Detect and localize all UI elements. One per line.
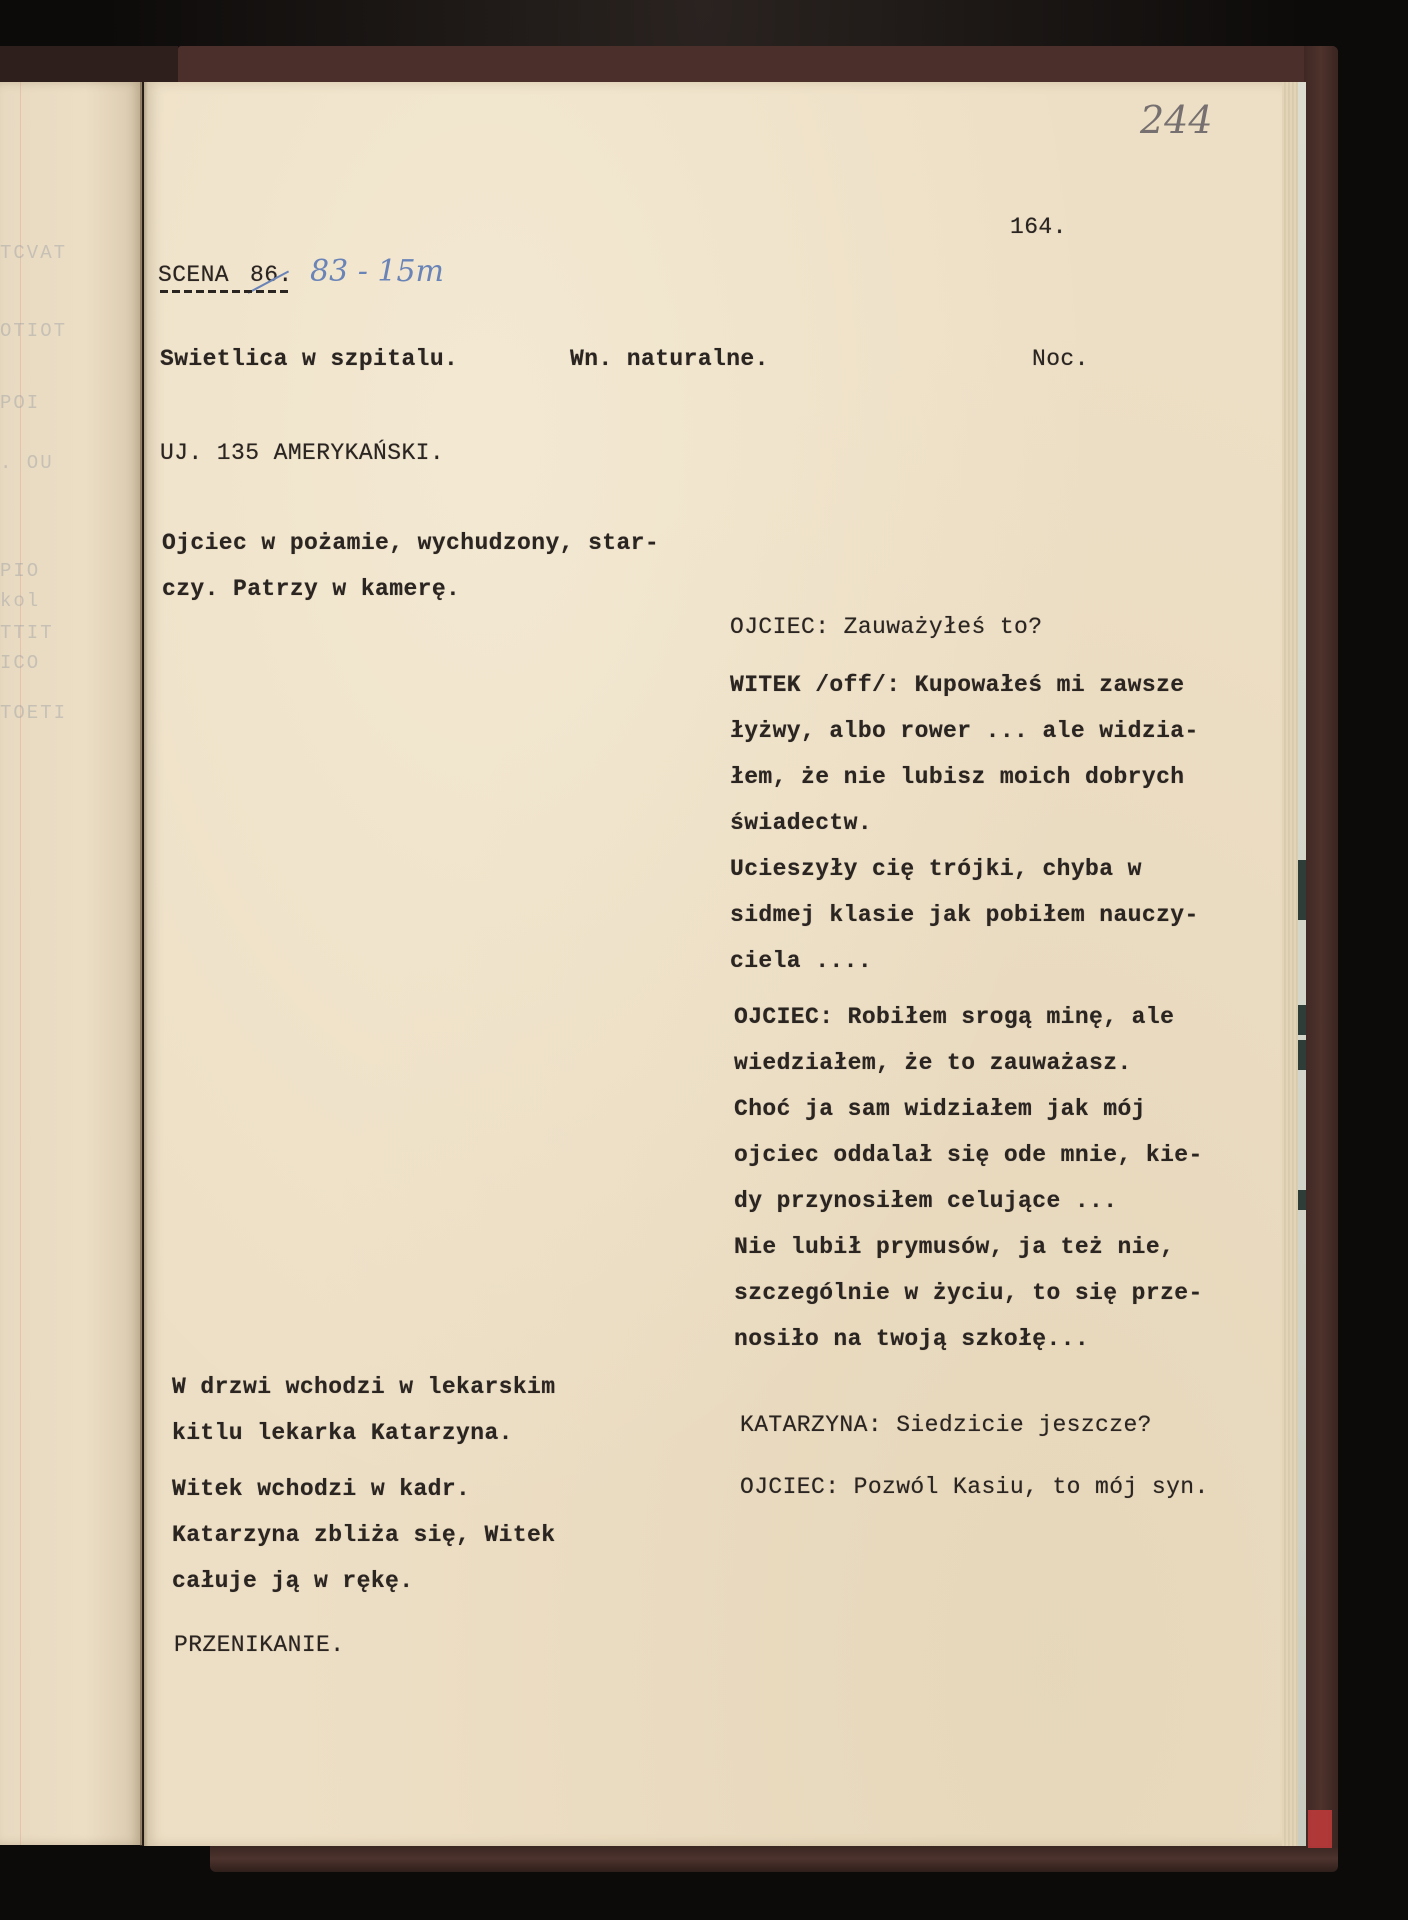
- bleed-through-text: . OU: [0, 452, 54, 474]
- equipment-note: UJ. 135 AMERYKAŃSKI.: [160, 440, 444, 466]
- dialogue-line: ciela ....: [730, 938, 1199, 984]
- binding-top-left: [0, 46, 178, 82]
- action-line: W drzwi wchodzi w lekarskim: [172, 1364, 555, 1410]
- dialogue-line: dy przynosiłem celujące ...: [734, 1178, 1203, 1224]
- action-line: Witek wchodzi w kadr.: [172, 1466, 555, 1512]
- dialogue-line: OJCIEC: Robiłem srogą minę, ale: [734, 994, 1203, 1040]
- action-line: Katarzyna zbliża się, Witek: [172, 1512, 555, 1558]
- action-description-1: Ojciec w pożamie, wychudzony, star- czy.…: [162, 520, 659, 612]
- bleed-through-text: TTIT: [0, 622, 54, 644]
- action-line: Ojciec w pożamie, wychudzony, star-: [162, 520, 659, 566]
- scene-number-handwritten: 83 - 15m: [310, 254, 444, 289]
- margin-line: [20, 82, 21, 1845]
- previous-page: TCVAT OTIOT POI . OU PIO kol TTIT ICO TO…: [0, 82, 142, 1845]
- action-description-2: W drzwi wchodzi w lekarskim kitlu lekark…: [172, 1364, 555, 1456]
- dialogue-line: świadectw.: [730, 800, 1199, 846]
- dialogue-witek: WITEK /off/: Kupowałeś mi zawsze łyżwy, …: [730, 662, 1199, 984]
- action-line: całuje ją w rękę.: [172, 1558, 555, 1604]
- dialogue-line: KATARZYNA: Siedzicie jeszcze?: [740, 1402, 1152, 1448]
- bleed-through-text: kol: [0, 590, 40, 612]
- setting-location: Swietlica w szpitalu.: [160, 346, 458, 372]
- marbled-edge: [1298, 82, 1306, 1846]
- dialogue-ojciec-2: OJCIEC: Robiłem srogą minę, ale wiedział…: [734, 994, 1203, 1362]
- dialogue-line: łem, że nie lubisz moich dobrych: [730, 754, 1199, 800]
- bleed-through-text: TCVAT: [0, 242, 67, 264]
- dialogue-line: nosiło na twoją szkołę...: [734, 1316, 1203, 1362]
- dialogue-line: ojciec oddalał się ode mnie, kie-: [734, 1132, 1203, 1178]
- dialogue-line: sidmej klasie jak pobiłem nauczy-: [730, 892, 1199, 938]
- page-number: 164.: [1010, 214, 1067, 240]
- dialogue-katarzyna: KATARZYNA: Siedzicie jeszcze?: [740, 1402, 1152, 1448]
- bleed-through-text: ICO: [0, 652, 40, 674]
- marble-spot: [1298, 1040, 1306, 1070]
- scene-number-crossed: 86.: [250, 262, 293, 288]
- dialogue-line: Nie lubił prymusów, ja też nie,: [734, 1224, 1203, 1270]
- action-description-3: Witek wchodzi w kadr. Katarzyna zbliża s…: [172, 1466, 555, 1604]
- marble-spot: [1298, 1005, 1306, 1035]
- dialogue-line: wiedziałem, że to zauważasz.: [734, 1040, 1203, 1086]
- scene-label: SCENA: [158, 262, 229, 288]
- dialogue-line: Ucieszyły cię trójki, chyba w: [730, 846, 1199, 892]
- bleed-through-text: OTIOT: [0, 320, 67, 342]
- transition-note: PRZENIKANIE.: [174, 1632, 344, 1658]
- dialogue-line: WITEK /off/: Kupowałeś mi zawsze: [730, 662, 1199, 708]
- book-cover-top-edge: [178, 46, 1338, 82]
- dialogue-ojciec-3: OJCIEC: Pozwól Kasiu, to mój syn.: [740, 1464, 1209, 1510]
- marble-spot: [1298, 860, 1306, 920]
- archive-number-handwritten: 244: [1140, 98, 1213, 142]
- action-line: czy. Patrzy w kamerę.: [162, 566, 659, 612]
- gutter-shadow: [140, 82, 148, 1846]
- book-cover-right-edge: [1304, 46, 1338, 1866]
- book-cover-bottom-edge: [210, 1846, 1338, 1872]
- dialogue-line: OJCIEC: Pozwól Kasiu, to mój syn.: [740, 1464, 1209, 1510]
- setting-time: Noc.: [1032, 346, 1089, 372]
- dialogue-ojciec-1: OJCIEC: Zauważyłeś to?: [730, 604, 1042, 650]
- bleed-through-text: POI: [0, 392, 40, 414]
- red-corner-mark: [1308, 1810, 1332, 1848]
- bleed-through-text: PIO: [0, 560, 40, 582]
- dialogue-line: łyżwy, albo rower ... ale widzia-: [730, 708, 1199, 754]
- setting-type: Wn. naturalne.: [570, 346, 769, 372]
- marble-spot: [1298, 1190, 1306, 1210]
- scene-underline: [160, 290, 292, 293]
- action-line: kitlu lekarka Katarzyna.: [172, 1410, 555, 1456]
- dialogue-line: Choć ja sam widziałem jak mój: [734, 1086, 1203, 1132]
- dialogue-line: szczególnie w życiu, to się prze-: [734, 1270, 1203, 1316]
- dialogue-line: OJCIEC: Zauważyłeś to?: [730, 604, 1042, 650]
- bleed-through-text: TOETI: [0, 702, 67, 724]
